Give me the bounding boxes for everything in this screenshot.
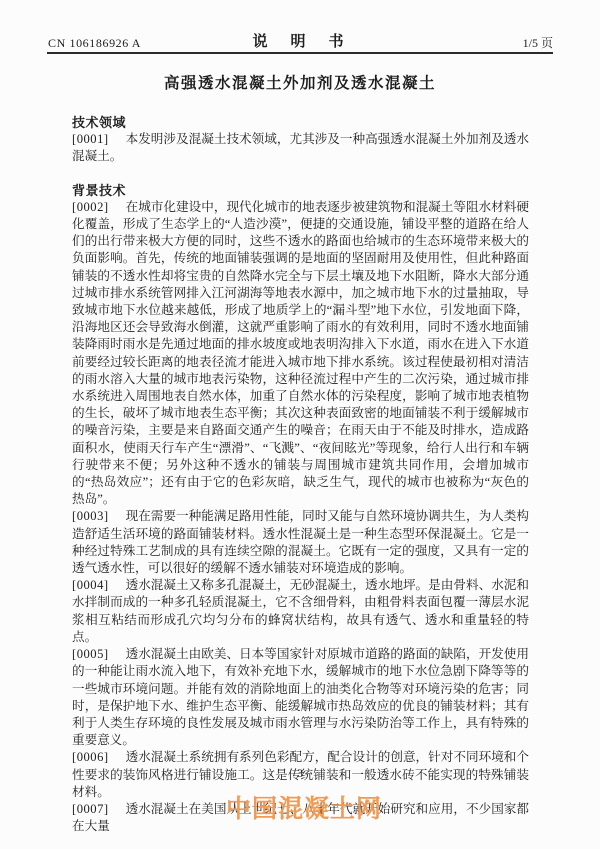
- numbered-paragraph: [0004]透水混凝土又称多孔混凝土，无砂混凝土，透水地坪。是由骨料、水泥和水拌…: [72, 577, 529, 646]
- document-section: 技术领域 [0001]本发明涉及混凝土技术领域，尤其涉及一种高强透水混凝土外加剂…: [72, 114, 529, 166]
- paragraph-number: [0006]: [72, 749, 109, 766]
- page-header: CN 106186926 A 说 明 书 1/5 页: [47, 33, 553, 51]
- paragraph-number: [0002]: [72, 199, 109, 216]
- section-heading: 背景技术: [72, 182, 529, 199]
- paragraph-number: [0003]: [72, 508, 109, 525]
- patent-document-page: CN 106186926 A 说 明 书 1/5 页 高强透水混凝土外加剂及透水…: [0, 0, 600, 849]
- header-divider: [47, 52, 553, 54]
- watermark-text: 中国混凝土网: [226, 789, 382, 825]
- sheet-indicator: 1/5 页: [523, 34, 553, 51]
- section-heading: 技术领域: [72, 114, 529, 131]
- paragraph-text: 透水混凝土由欧美、日本等国家针对原城市道路的路面的缺陷，开发使用的一种能让雨水流…: [72, 647, 529, 747]
- document-section: 背景技术 [0002]在城市化建设中，现代化城市的地表逐步被建筑物和混凝土等阻水…: [72, 182, 529, 836]
- numbered-paragraph: [0001]本发明涉及混凝土技术领域，尤其涉及一种高强透水混凝土外加剂及透水混凝…: [72, 131, 529, 165]
- paragraph-number: [0001]: [72, 131, 109, 148]
- paragraph-text: 现在需要一种能满足路用性能，同时又能与自然环境协调共生，为人类构造舒适生活环境的…: [72, 509, 529, 575]
- document-body: 技术领域 [0001]本发明涉及混凝土技术领域，尤其涉及一种高强透水混凝土外加剂…: [72, 114, 529, 835]
- document-type-title: 说 明 书: [47, 30, 553, 51]
- invention-title: 高强透水混凝土外加剂及透水混凝土: [0, 71, 600, 93]
- paragraph-number: [0004]: [72, 577, 109, 594]
- paragraph-text: 透水混凝土又称多孔混凝土，无砂混凝土，透水地坪。是由骨料、水泥和水拌制而成的一种…: [72, 578, 529, 644]
- paragraph-number: [0007]: [72, 801, 109, 818]
- paragraph-text: 在城市化建设中，现代化城市的地表逐步被建筑物和混凝土等阻水材料硬化覆盖，形成了生…: [72, 200, 529, 506]
- paragraph-text: 本发明涉及混凝土技术领域，尤其涉及一种高强透水混凝土外加剂及透水混凝土。: [72, 132, 529, 163]
- numbered-paragraph: [0002]在城市化建设中，现代化城市的地表逐步被建筑物和混凝土等阻水材料硬化覆…: [72, 199, 529, 509]
- section-paragraphs: [0002]在城市化建设中，现代化城市的地表逐步被建筑物和混凝土等阻水材料硬化覆…: [72, 199, 529, 836]
- paragraph-number: [0005]: [72, 646, 109, 663]
- numbered-paragraph: [0003]现在需要一种能满足路用性能，同时又能与自然环境协调共生，为人类构造舒…: [72, 508, 529, 577]
- numbered-paragraph: [0005]透水混凝土由欧美、日本等国家针对原城市道路的路面的缺陷，开发使用的一…: [72, 646, 529, 749]
- page-number: 3: [0, 768, 600, 780]
- section-paragraphs: [0001]本发明涉及混凝土技术领域，尤其涉及一种高强透水混凝土外加剂及透水混凝…: [72, 131, 529, 165]
